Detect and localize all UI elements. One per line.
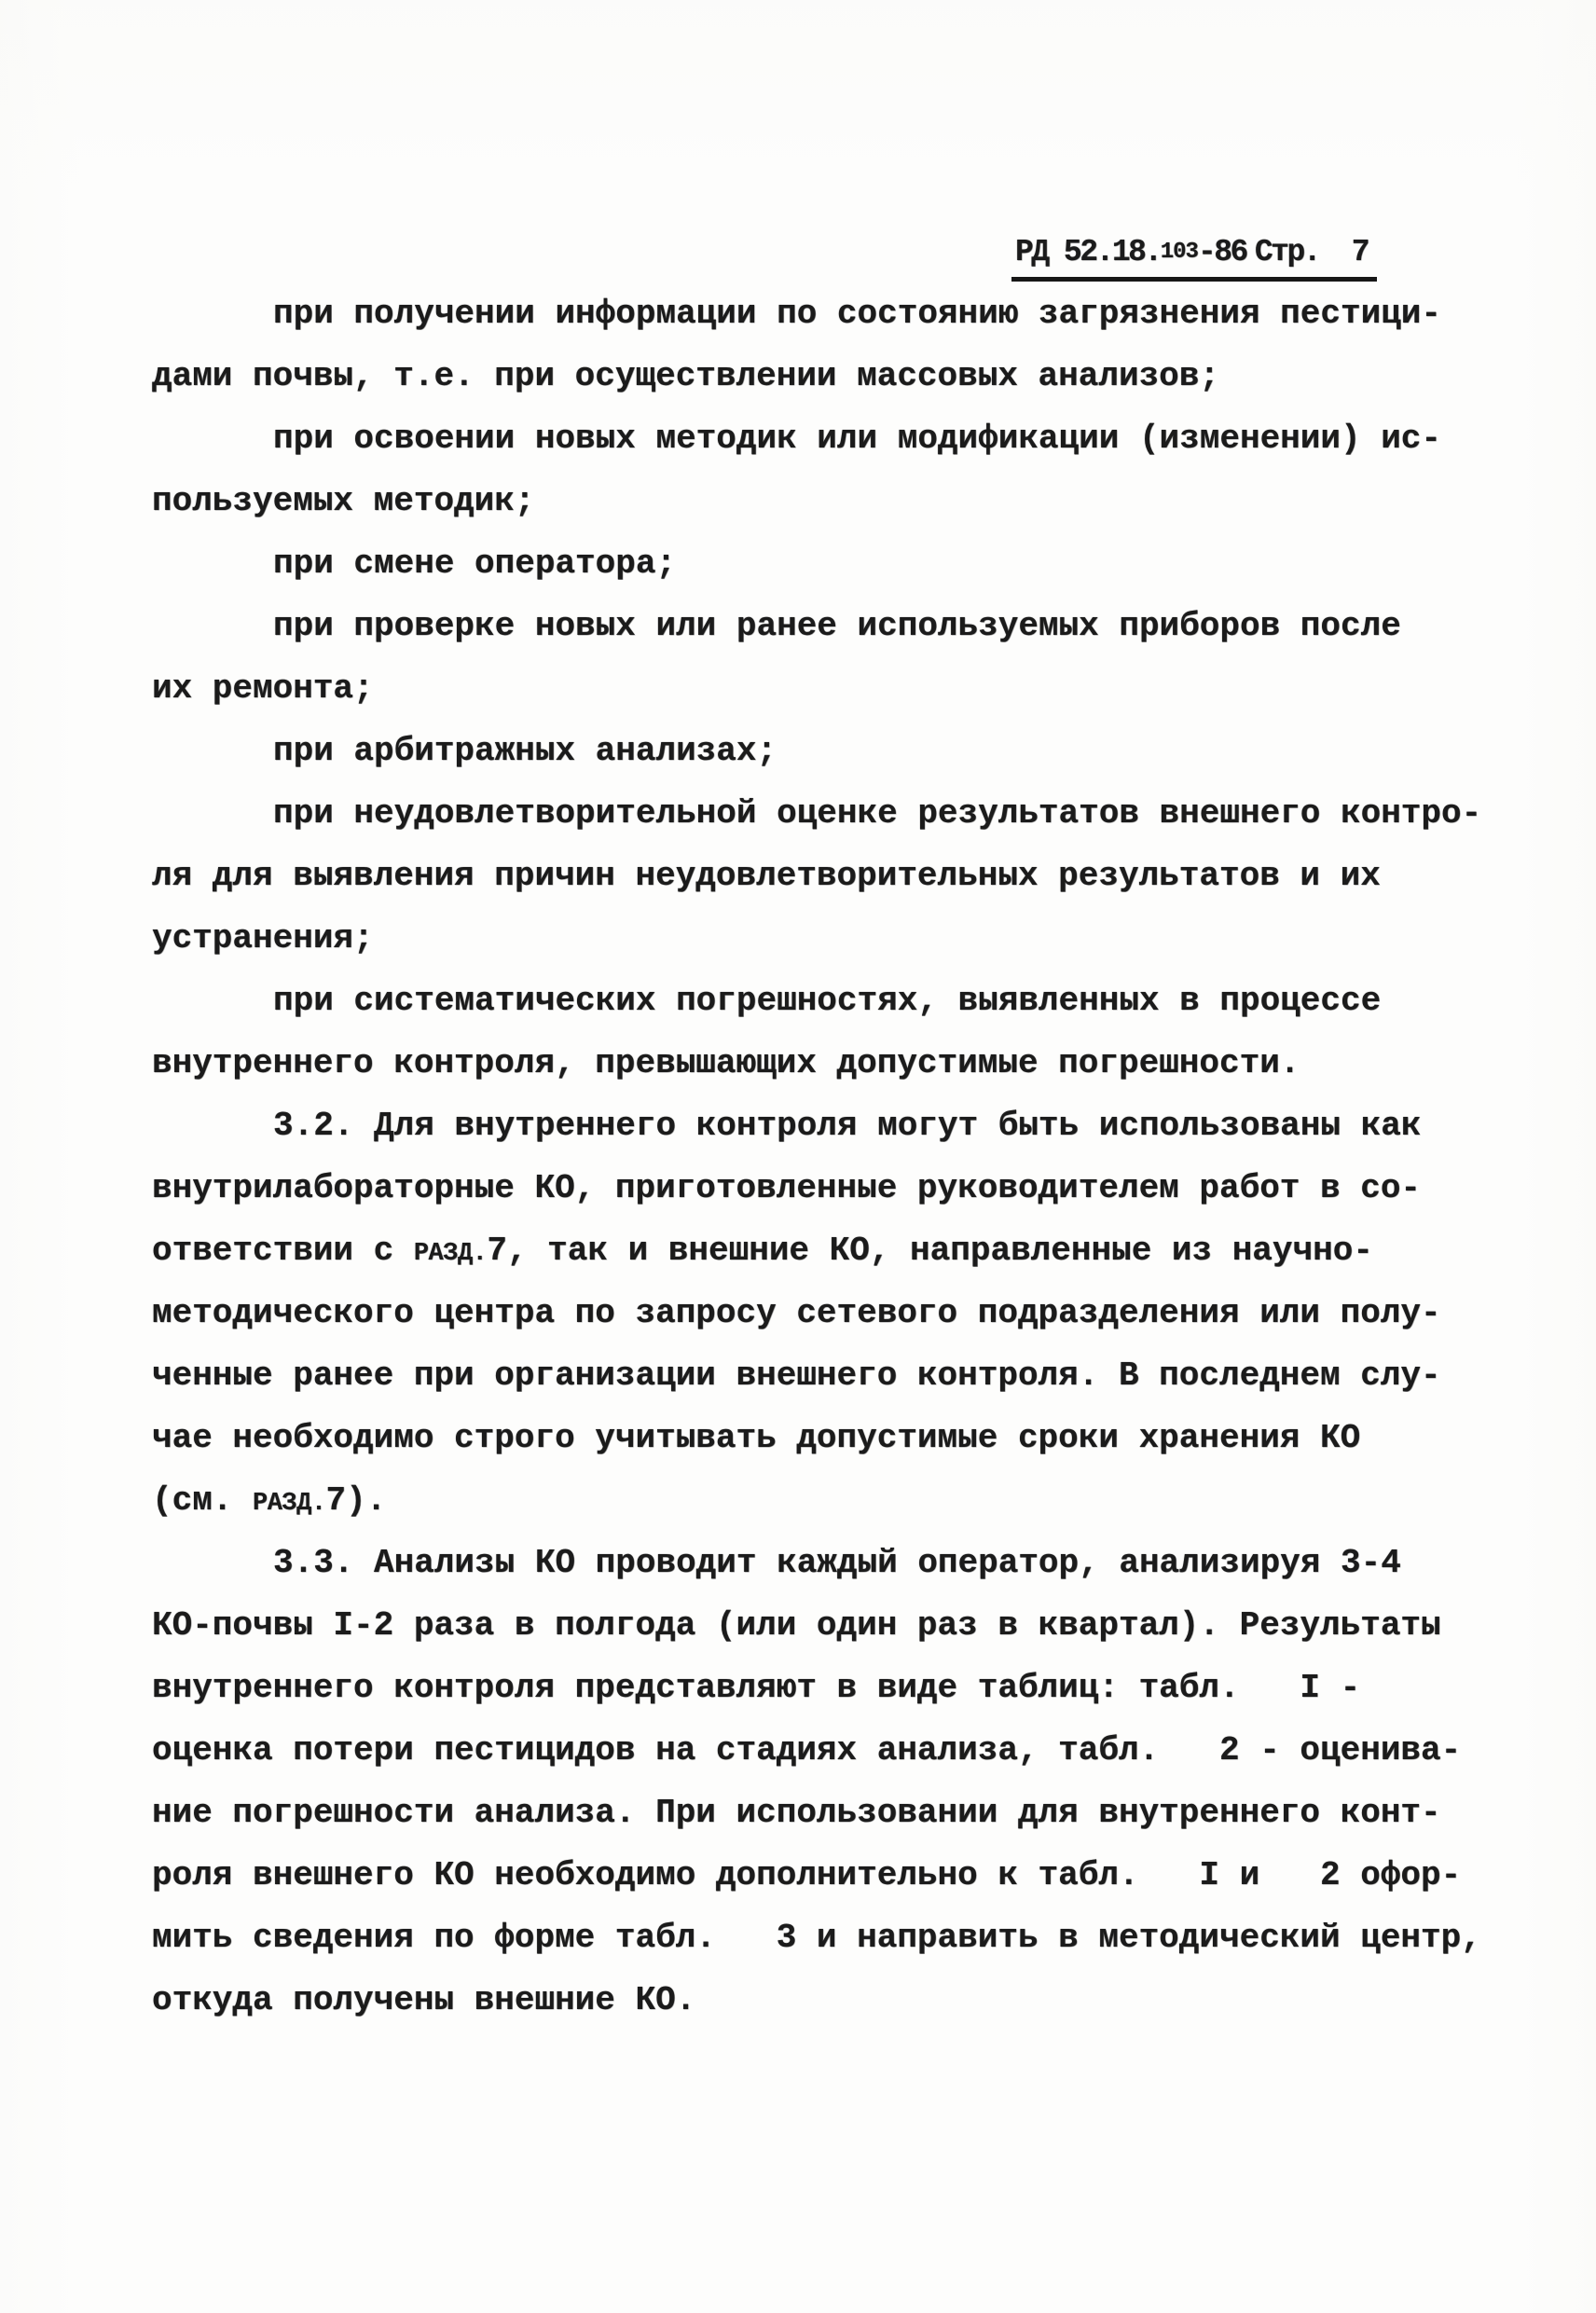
text-line: при арбитражных анализах; bbox=[152, 720, 1494, 782]
text-line: 3.2. Для внутреннего контроля могут быть… bbox=[152, 1095, 1494, 1157]
text-segment: (см. bbox=[152, 1481, 253, 1520]
text-line: при смене оператора; bbox=[152, 532, 1494, 595]
text-segment: 7, так и внешние КО, направленные из нау… bbox=[487, 1232, 1373, 1270]
text-line: роля внешнего КО необходимо дополнительн… bbox=[152, 1844, 1494, 1907]
text-segment: 7). bbox=[326, 1481, 387, 1520]
text-line: при получении информации по состоянию за… bbox=[152, 282, 1494, 345]
text-line: ля для выявления причин неудовлетворител… bbox=[152, 845, 1494, 907]
text-line: при неудовлетворительной оценке результа… bbox=[152, 782, 1494, 845]
text-line: внутрилабораторные КО, приготовленные ру… bbox=[152, 1157, 1494, 1219]
text-line: ченные ранее при организации внешнего ко… bbox=[152, 1344, 1494, 1407]
text-line: при проверке новых или ранее используемы… bbox=[152, 595, 1494, 657]
text-segment: при проверке новых или ранее используемы… bbox=[273, 607, 1401, 645]
text-segment: внутрилабораторные КО, приготовленные ру… bbox=[152, 1169, 1421, 1207]
text-segment: 3.3. Анализы КО проводит каждый оператор… bbox=[273, 1544, 1401, 1582]
text-segment: ля для выявления причин неудовлетворител… bbox=[152, 857, 1381, 895]
text-segment: устранения; bbox=[152, 919, 374, 957]
text-line: оценка потери пестицидов на стадиях анал… bbox=[152, 1719, 1494, 1782]
text-segment: оценка потери пестицидов на стадиях анал… bbox=[152, 1731, 1461, 1769]
text-segment: чае необходимо строго учитывать допустим… bbox=[152, 1419, 1360, 1457]
text-segment: 3.2. Для внутреннего контроля могут быть… bbox=[273, 1107, 1421, 1145]
text-segment: при получении информации по состоянию за… bbox=[273, 295, 1441, 333]
text-line: 3.3. Анализы КО проводит каждый оператор… bbox=[152, 1532, 1494, 1594]
text-line: КО-почвы I-2 раза в полгода (или один ра… bbox=[152, 1594, 1494, 1657]
text-segment: при смене оператора; bbox=[273, 544, 676, 583]
text-line: (см. РАЗД.7). bbox=[152, 1469, 1494, 1532]
header-text: Стр. 7 bbox=[1255, 235, 1368, 269]
text-line: ответствии с РАЗД.7, так и внешние КО, н… bbox=[152, 1219, 1494, 1282]
header-text: РД 52.18. bbox=[1015, 235, 1161, 269]
text-segment: внутреннего контроля, превышающих допуст… bbox=[152, 1044, 1300, 1082]
text-segment: их ремонта; bbox=[152, 669, 374, 708]
text-line: откуда получены внешние КО. bbox=[152, 1969, 1494, 2031]
text-segment: КО-почвы I-2 раза в полгода (или один ра… bbox=[152, 1606, 1441, 1645]
text-segment: при систематических погрешностях, выявле… bbox=[273, 982, 1381, 1020]
document-body: при получении информации по состоянию за… bbox=[152, 282, 1494, 2031]
text-segment: при неудовлетворительной оценке результа… bbox=[273, 794, 1481, 833]
text-segment: ченные ранее при организации внешнего ко… bbox=[152, 1356, 1441, 1395]
text-line: внутреннего контроля, превышающих допуст… bbox=[152, 1032, 1494, 1095]
text-line: при систематических погрешностях, выявле… bbox=[152, 970, 1494, 1032]
text-segment: дами почвы, т.е. при осуществлении массо… bbox=[152, 357, 1219, 395]
text-line: устранения; bbox=[152, 907, 1494, 970]
page-header-reference: РД 52.18.103-86Стр. 7 bbox=[1011, 235, 1377, 282]
text-segment: внутреннего контроля представляют в виде… bbox=[152, 1669, 1360, 1707]
inserted-text-segment: РАЗД. bbox=[414, 1240, 488, 1268]
text-line: пользуемых методик; bbox=[152, 470, 1494, 532]
text-segment: мить сведения по форме табл. 3 и направи… bbox=[152, 1919, 1481, 1957]
text-segment: пользуемых методик; bbox=[152, 482, 534, 520]
text-segment: методического центра по запросу сетевого… bbox=[152, 1294, 1441, 1332]
text-segment: при арбитражных анализах; bbox=[273, 732, 777, 770]
text-line: ние погрешности анализа. При использован… bbox=[152, 1782, 1494, 1844]
text-line: дами почвы, т.е. при осуществлении массо… bbox=[152, 345, 1494, 407]
text-line: методического центра по запросу сетевого… bbox=[152, 1282, 1494, 1344]
text-line: мить сведения по форме табл. 3 и направи… bbox=[152, 1907, 1494, 1969]
text-segment: ние погрешности анализа. При использован… bbox=[152, 1794, 1441, 1832]
text-line: внутреннего контроля представляют в виде… bbox=[152, 1657, 1494, 1719]
text-segment: откуда получены внешние КО. bbox=[152, 1981, 695, 2019]
text-segment: при освоении новых методик или модификац… bbox=[273, 420, 1441, 458]
inserted-text-segment: РАЗД. bbox=[253, 1490, 326, 1518]
document-page: РД 52.18.103-86Стр. 7 при получении инфо… bbox=[0, 0, 1596, 2313]
header-text: -86 bbox=[1198, 235, 1246, 269]
text-segment: ответствии с bbox=[152, 1232, 414, 1270]
text-line: при освоении новых методик или модификац… bbox=[152, 407, 1494, 470]
text-line: их ремонта; bbox=[152, 657, 1494, 720]
header-inserted-text: 103 bbox=[1161, 240, 1198, 265]
text-line: чае необходимо строго учитывать допустим… bbox=[152, 1407, 1494, 1469]
text-segment: роля внешнего КО необходимо дополнительн… bbox=[152, 1856, 1461, 1894]
